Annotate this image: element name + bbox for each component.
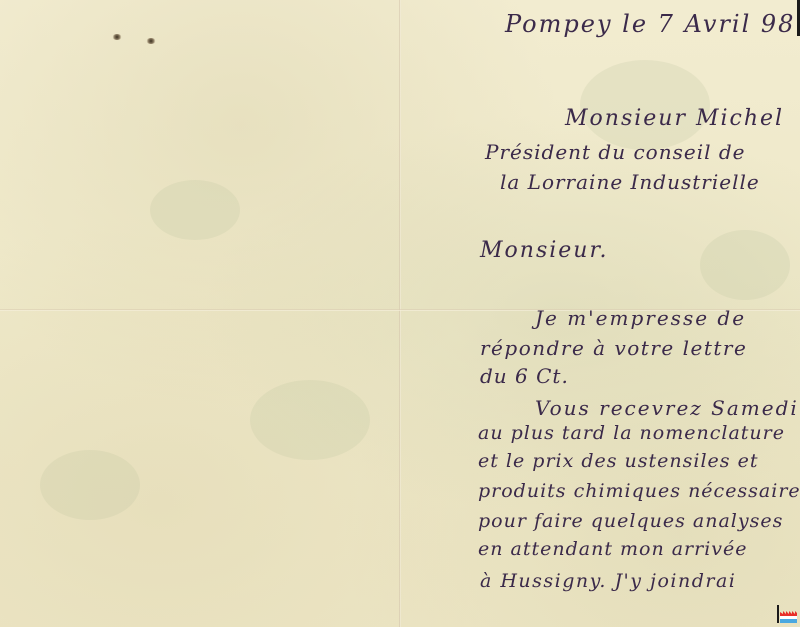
body-line: au plus tard la nomenclature — [478, 422, 785, 444]
pin-hole-mark — [146, 38, 156, 44]
factory-logo-icon — [776, 603, 798, 625]
body-line: et le prix des ustensiles et — [478, 450, 758, 472]
body-line: répondre à votre lettre — [480, 336, 747, 360]
body-line: pour faire quelques analyses — [478, 510, 783, 532]
body-line: à Hussigny. J'y joindrai — [480, 570, 736, 592]
left-page — [0, 0, 400, 627]
date-line: Pompey le 7 Avril 98 — [505, 10, 795, 38]
body-line: du 6 Ct. — [480, 364, 569, 388]
paper-stain — [250, 380, 370, 460]
paper-stain — [580, 60, 710, 150]
paper-stain — [700, 230, 790, 300]
letter-sheet: Pompey le 7 Avril 98 Monsieur Michel Pré… — [0, 0, 800, 627]
salutation: Monsieur. — [480, 238, 609, 263]
pin-hole-mark — [112, 34, 122, 40]
addressee-title: Président du conseil de — [485, 140, 745, 164]
body-line: Vous recevrez Samedi — [535, 396, 799, 420]
body-line: produits chimiques nécessaires — [478, 480, 800, 502]
paper-stain — [40, 450, 140, 520]
addressee-name: Monsieur Michel — [565, 106, 784, 131]
right-page: Pompey le 7 Avril 98 Monsieur Michel Pré… — [400, 0, 800, 627]
body-line: en attendant mon arrivée — [478, 538, 748, 560]
paper-stain — [150, 180, 240, 240]
addressee-organization: la Lorraine Industrielle — [500, 170, 760, 194]
body-line: Je m'empresse de — [535, 306, 746, 330]
